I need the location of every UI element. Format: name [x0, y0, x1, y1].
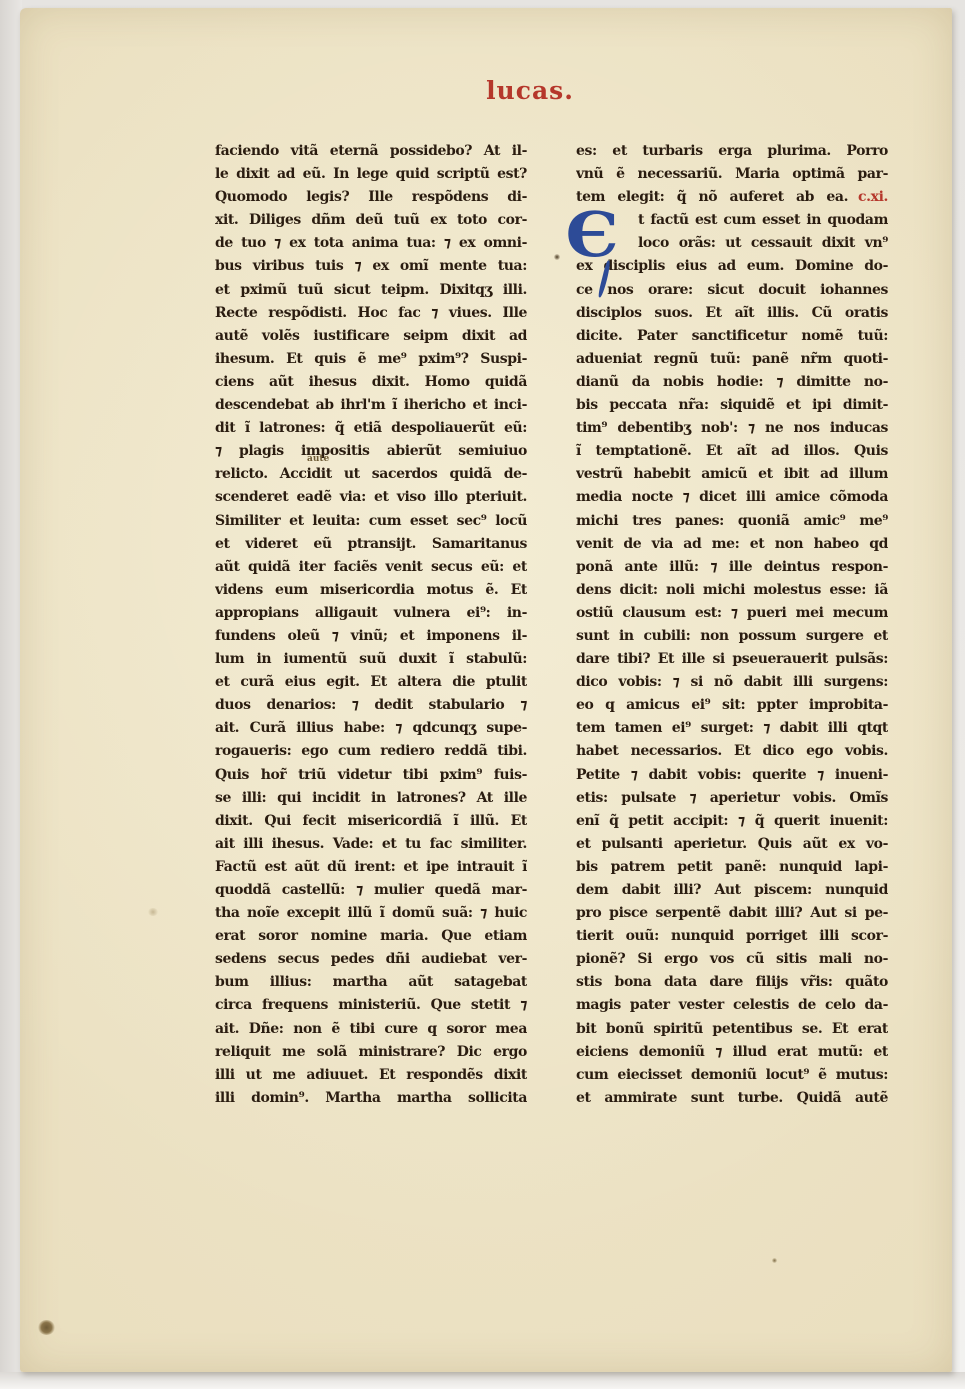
- text-line: bum illius: martha aũt satagebat: [215, 971, 527, 994]
- text-line: habet necessarios. Et dico ego vobis.: [576, 740, 888, 763]
- text-line: ⁊ plagis impositis abierũt semiuiuo: [215, 440, 527, 463]
- text-line: illi ut me adiuuet. Et respondẽs dixit: [215, 1064, 527, 1087]
- text-line: sedens secus pedes dñi audiebat ver-: [215, 948, 527, 971]
- interlinear-gloss: aute: [307, 454, 329, 464]
- text-line: lum in iumentũ suũ duxit ĩ stabulũ:: [215, 648, 527, 671]
- text-line: le dixit ad eũ. In lege quid scriptũ est…: [215, 163, 527, 186]
- text-line: erat soror nomine maria. Que etiam: [215, 925, 527, 948]
- text-line: adueniat regnũ tuũ: panẽ nr̃m quoti-: [576, 348, 888, 371]
- text-line: et pximũ tuũ sicut teipm. Dixitqʒ illi.: [215, 279, 527, 302]
- text-line: appropians alligauit vulnera ei⁹: in-: [215, 602, 527, 625]
- text-line: vnũ ẽ necessariũ. Maria optimã par-: [576, 163, 888, 186]
- text-line: et videret eũ ptransijt. Samaritanus: [215, 533, 527, 556]
- text-line: duos denarios: ⁊ dedit stabulario ⁊: [215, 694, 527, 717]
- text-line: etis: pulsate ⁊ aperietur vobis. Omĩs: [576, 787, 888, 810]
- text-line: dens dicit: noli michi molestus esse: iã: [576, 579, 888, 602]
- scan-background-edge: [0, 1372, 965, 1389]
- text-line: faciendo vitã eternã possidebo? At il-: [215, 140, 527, 163]
- text-line: Quis hor̃ triũ videtur tibi pxim⁹ fuis-: [215, 764, 527, 787]
- text-line: enĩ q̃ petit accipit: ⁊ q̃ querit inueni…: [576, 810, 888, 833]
- text-line: relicto. Accidit ut sacerdos quidã de-: [215, 463, 527, 486]
- text-line: tem tamen ei⁹ surget: ⁊ dabit illi qtqt: [576, 717, 888, 740]
- column-lines: faciendo vitã eternã possidebo? At il-le…: [215, 140, 527, 1110]
- text-line: descendebat ab ihrl'm ĩ ihericho et inci…: [215, 394, 527, 417]
- text-line: cum eiecisset demoniũ locut⁹ ẽ mutus:: [576, 1064, 888, 1087]
- text-line: tim⁹ debentibʒ nob': ⁊ ne nos inducas: [576, 417, 888, 440]
- illuminated-initial-E: Є: [568, 204, 632, 276]
- column-lines: es: et turbaris erga plurima. Porrovnũ ẽ…: [576, 140, 888, 1110]
- text-line: stis bona data dare filijs vr̃is: quãto: [576, 971, 888, 994]
- text-column-left: faciendo vitã eternã possidebo? At il-le…: [215, 140, 527, 1110]
- text-line: dico vobis: ⁊ si nõ dabit illi surgens:: [576, 671, 888, 694]
- text-line: videns eum misericordia motus ẽ. Et: [215, 579, 527, 602]
- stain: [554, 254, 560, 260]
- text-line: illi domin⁹. Martha martha sollicita: [215, 1087, 527, 1110]
- text-line: ponã ante illũ: ⁊ ille deintus respon-: [576, 556, 888, 579]
- parchment-page: lucas. faciendo vitã eternã possidebo? A…: [20, 8, 952, 1372]
- text-line: se illi: qui incidit in latrones? At ill…: [215, 787, 527, 810]
- chapter-marker: c.xi.: [858, 189, 888, 205]
- text-line: Factũ est aũt dũ irent: et ipe intrauit …: [215, 856, 527, 879]
- text-line: vestrũ habebit amicũ et ibit ad illum: [576, 463, 888, 486]
- text-line: circa frequens ministeriũ. Que stetit ⁊: [215, 994, 527, 1017]
- text-line: et ammirate sunt turbe. Quidã autẽ: [576, 1087, 888, 1110]
- text-line: dem dabit illi? Aut piscem: nunquid: [576, 879, 888, 902]
- text-line: dicite. Pater sanctificetur nomẽ tuũ:: [576, 325, 888, 348]
- text-line: ait illi ihesus. Vade: et tu fac similit…: [215, 833, 527, 856]
- stain: [772, 1258, 777, 1263]
- text-line: Petite ⁊ dabit vobis: querite ⁊ inueni-: [576, 764, 888, 787]
- text-line: ihesum. Et quis ẽ me⁹ pxim⁹? Suspi-: [215, 348, 527, 371]
- text-line: dare tibi? Et ille si pseuerauerit pulsã…: [576, 648, 888, 671]
- text-line: quoddã castellũ: ⁊ mulier quedã mar-: [215, 879, 527, 902]
- text-line: reliquit me solã ministrare? Dic ergo: [215, 1041, 527, 1064]
- text-line: venit de via ad me: et non habeo qd: [576, 533, 888, 556]
- text-line: eo q amicus ei⁹ sit: ppter improbita-: [576, 694, 888, 717]
- text-line: es: et turbaris erga plurima. Porro: [576, 140, 888, 163]
- text-line: rogaueris: ego cum rediero reddã tibi.: [215, 740, 527, 763]
- text-line: autẽ volẽs iustificare seipm dixit ad: [215, 325, 527, 348]
- text-line: xit. Diliges dñm deũ tuũ ex toto cor-: [215, 209, 527, 232]
- text-line: michi tres panes: quoniã amic⁹ me⁹: [576, 510, 888, 533]
- text-line: dixit. Qui fecit misericordiã ĩ illũ. Et: [215, 810, 527, 833]
- text-line: bit bonũ spiritũ petentibus se. Et erat: [576, 1018, 888, 1041]
- text-line: bis patrem petit panẽ: nunquid lapi-: [576, 856, 888, 879]
- stain: [148, 908, 158, 916]
- text-line: sunt in cubili: non possum surgere et: [576, 625, 888, 648]
- text-line: tierit ouũ: nunquid porriget illi scor-: [576, 925, 888, 948]
- text-line: aũt quidã iter faciẽs venit secus eũ: et: [215, 556, 527, 579]
- scan-background-edge: [0, 0, 22, 1389]
- text-line: bus viribus tuis ⁊ ex omĩ mente tua:: [215, 255, 527, 278]
- text-line: dianũ da nobis hodie: ⁊ dimitte no-: [576, 371, 888, 394]
- text-line: media nocte ⁊ dicet illi amice cõmoda: [576, 486, 888, 509]
- text-line: dit ĩ latrones: q̃ etiã despoliauerũt eũ…: [215, 417, 527, 440]
- text-line: fundens oleũ ⁊ vinũ; et imponens il-: [215, 625, 527, 648]
- text-line: ciens aũt ihesus dixit. Homo quidã: [215, 371, 527, 394]
- text-line: disciplos suos. Et aĩt illis. Cũ oratis: [576, 302, 888, 325]
- text-line: magis pater vester celestis de celo da-: [576, 994, 888, 1017]
- text-line: eiciens demoniũ ⁊ illud erat mutũ: et: [576, 1041, 888, 1064]
- text-line: et pulsanti aperietur. Quis aũt ex vo-: [576, 833, 888, 856]
- text-line: ait. Curã illius habe: ⁊ qdcunqʒ supe-: [215, 717, 527, 740]
- text-line: Similiter et leuita: cum esset sec⁹ locũ: [215, 510, 527, 533]
- text-line: et curã eius egit. Et altera die ptulit: [215, 671, 527, 694]
- stain: [38, 1320, 55, 1335]
- text-line: ostiũ clausum est: ⁊ pueri mei mecum: [576, 602, 888, 625]
- text-line: pionẽ? Si ergo vos cũ sitis mali no-: [576, 948, 888, 971]
- text-line: tha noĩe excepit illũ ĩ domũ suã: ⁊ huic: [215, 902, 527, 925]
- text-line: pro pisce serpentẽ dabit illi? Aut si pe…: [576, 902, 888, 925]
- text-line: ĩ temptationẽ. Et aĩt ad illos. Quis: [576, 440, 888, 463]
- text-line: ce nos orare: sicut docuit iohannes: [576, 279, 888, 302]
- text-line: ait. Dñe: non ẽ tibi cure q soror mea: [215, 1018, 527, 1041]
- text-line: Quomodo legis? Ille respõdens di-: [215, 186, 527, 209]
- text-line: scenderet eadẽ via: et viso illo pteriui…: [215, 486, 527, 509]
- text-line: Recte respõdisti. Hoc fac ⁊ viues. Ille: [215, 302, 527, 325]
- text-column-right: Є es: et turbaris erga plurima. Porrovnũ…: [576, 140, 888, 1110]
- text-line: de tuo ⁊ ex tota anima tua: ⁊ ex omni-: [215, 232, 527, 255]
- running-header: lucas.: [486, 76, 574, 105]
- text-line: bis peccata nr̃a: siquidẽ et ipi dimit-: [576, 394, 888, 417]
